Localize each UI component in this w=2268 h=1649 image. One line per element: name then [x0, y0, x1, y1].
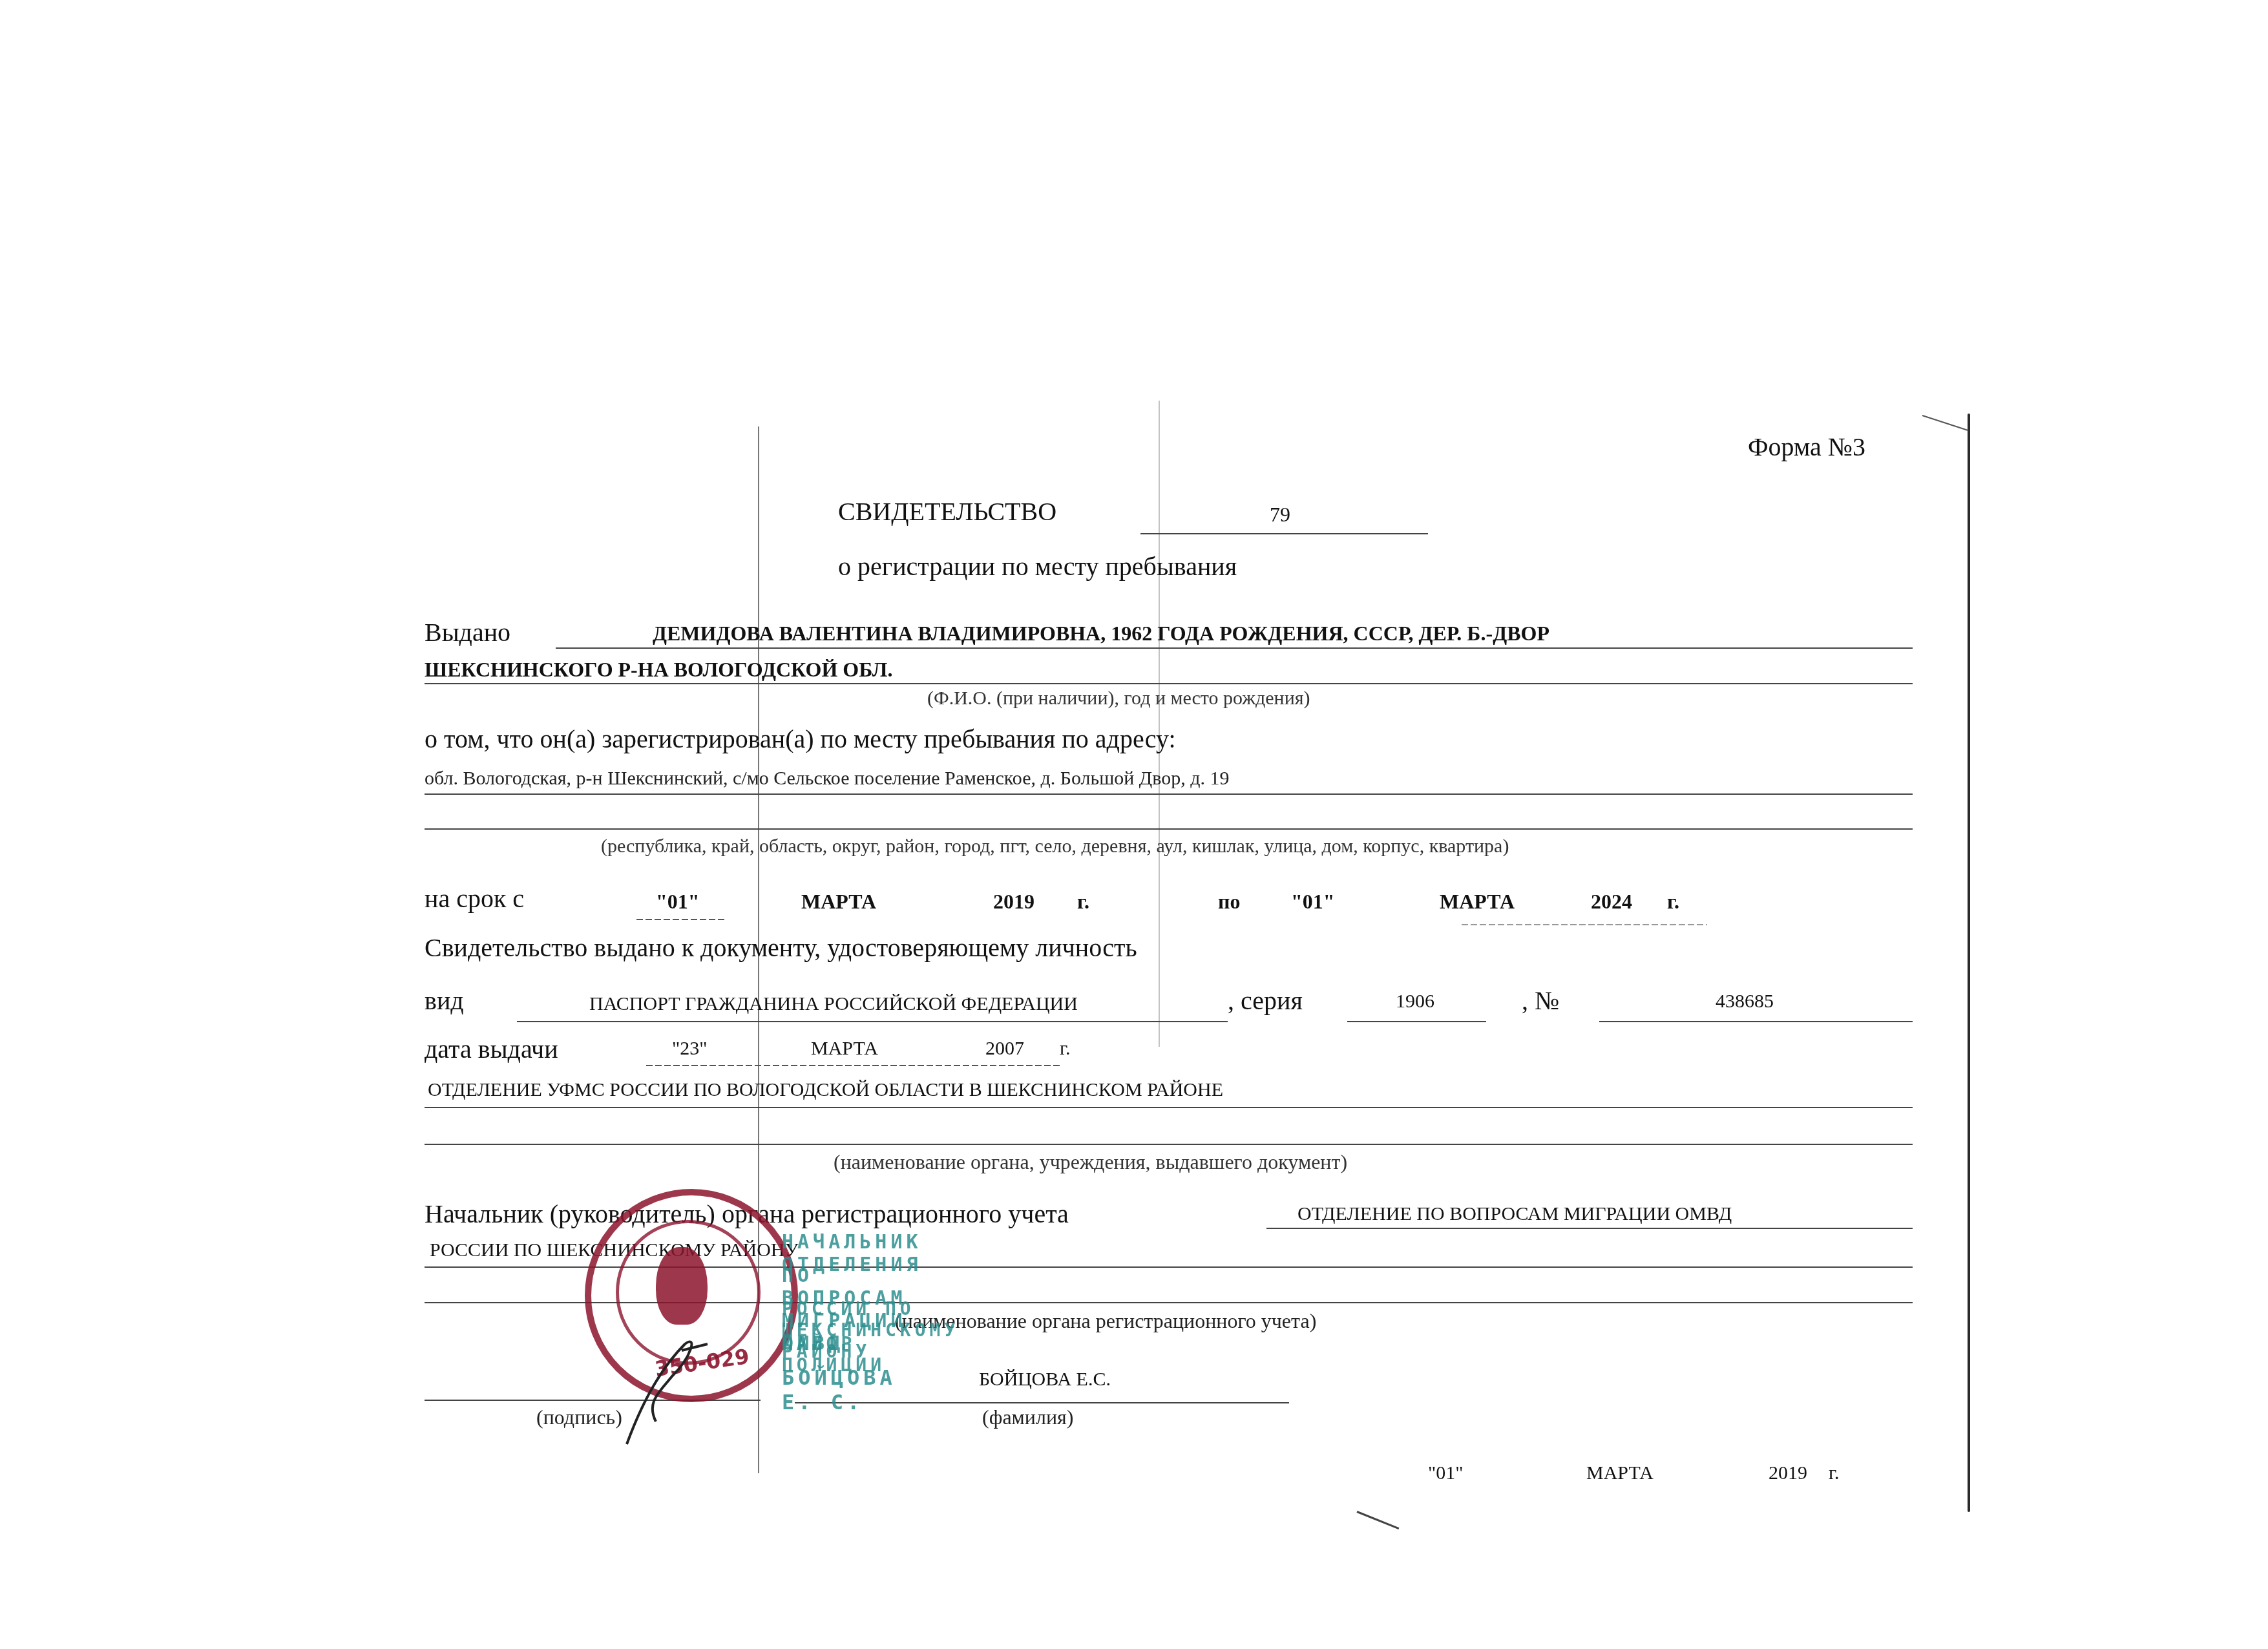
doc-number-value: 438685 — [1716, 991, 1774, 1013]
signature-stroke-icon — [620, 1331, 711, 1447]
issue-suffix: г. — [1060, 1038, 1070, 1060]
paper-edge-bottom-left — [1356, 1511, 1399, 1529]
issue-day: "23" — [672, 1038, 708, 1060]
identity-doc-intro: Свидетельство выдано к документу, удосто… — [425, 932, 1137, 963]
doc-type-underline — [517, 1021, 1228, 1022]
period-to-year: 2024 — [1591, 890, 1632, 914]
doc-issuer-underline1 — [425, 1107, 1913, 1108]
period-from-month: МАРТА — [801, 890, 876, 914]
certificate-title: СВИДЕТЕЛЬСТВО — [838, 496, 1056, 527]
period-label: на срок с — [425, 883, 524, 914]
period-to-month: МАРТА — [1440, 890, 1515, 914]
issued-to-label: Выдано — [425, 617, 510, 647]
doc-type-value: ПАСПОРТ ГРАЖДАНИНА РОССИЙСКОЙ ФЕДЕРАЦИИ — [589, 993, 1078, 1015]
signed-date-suffix: г. — [1829, 1462, 1839, 1484]
paper-edge-top-right — [1922, 415, 1969, 431]
issue-date-underline — [646, 1065, 1060, 1066]
issue-month: МАРТА — [811, 1038, 878, 1060]
period-from-day-underline — [636, 919, 727, 920]
document-page: Форма №3 СВИДЕТЕЛЬСТВО 79 о регистрации … — [0, 0, 2268, 1649]
period-to-day: "01" — [1291, 890, 1335, 914]
paper-edge-right — [1968, 414, 1970, 1512]
period-from-year: 2019 — [993, 890, 1034, 914]
doc-number-underline — [1599, 1021, 1913, 1022]
issued-to-caption: (Ф.И.О. (при наличии), год и место рожде… — [927, 688, 1310, 709]
period-to-suffix: г. — [1667, 890, 1679, 914]
surname-caption: (фамилия) — [982, 1405, 1073, 1429]
certificate-number: 79 — [1270, 503, 1290, 527]
period-from-day: "01" — [656, 890, 700, 914]
period-to-underline — [1462, 924, 1707, 925]
signed-date-month: МАРТА — [1586, 1462, 1654, 1484]
doc-series-underline — [1347, 1021, 1486, 1022]
doc-series-value: 1906 — [1396, 991, 1434, 1013]
authority-value-line1: ОТДЕЛЕНИЕ ПО ВОПРОСАМ МИГРАЦИИ ОМВД — [1297, 1203, 1732, 1225]
doc-number-label: , № — [1522, 985, 1559, 1016]
form-number: Форма №3 — [1748, 432, 1865, 462]
address-value: обл. Вологодская, р-н Шекснинский, с/мо … — [425, 768, 1230, 790]
signed-date-day: "01" — [1428, 1462, 1464, 1484]
doc-issuer-underline2 — [425, 1144, 1913, 1145]
handwritten-signature — [620, 1331, 711, 1447]
certificate-subtitle: о регистрации по месту пребывания — [838, 551, 1237, 582]
address-caption: (республика, край, область, округ, район… — [601, 835, 1509, 857]
doc-issuer: ОТДЕЛЕНИЕ УФМС РОССИИ ПО ВОЛОГОДСКОЙ ОБЛ… — [428, 1079, 1223, 1101]
signed-date-year: 2019 — [1769, 1462, 1807, 1484]
signature-caption: (подпись) — [536, 1405, 622, 1429]
period-from-suffix: г. — [1077, 890, 1089, 914]
issued-to-line1: ДЕМИДОВА ВАЛЕНТИНА ВЛАДИМИРОВНА, 1962 ГО… — [653, 622, 1549, 646]
surname-value: БОЙЦОВА Е.С. — [979, 1369, 1111, 1391]
issue-year: 2007 — [985, 1038, 1024, 1060]
issued-to-line2: ШЕКСНИНСКОГО Р-НА ВОЛОГОДСКОЙ ОБЛ. — [425, 658, 892, 682]
authority-underline1 — [1266, 1228, 1913, 1229]
address-underline1 — [425, 793, 1913, 795]
doc-series-label: , серия — [1228, 985, 1303, 1016]
issue-date-label: дата выдачи — [425, 1034, 558, 1064]
issued-to-underline2 — [425, 683, 1913, 684]
address-intro: о том, что он(а) зарегистрирован(а) по м… — [425, 724, 1176, 754]
doc-type-label: вид — [425, 985, 464, 1016]
certificate-number-underline — [1140, 533, 1428, 534]
period-to-label: по — [1218, 890, 1240, 914]
doc-issuer-caption: (наименование органа, учреждения, выдавш… — [834, 1150, 1347, 1174]
issued-to-underline1 — [556, 647, 1913, 649]
eagle-emblem-icon — [656, 1247, 708, 1325]
rect-stamp-line-5: БОЙЦОВА Е. С. — [782, 1365, 896, 1414]
address-underline2 — [425, 828, 1913, 830]
